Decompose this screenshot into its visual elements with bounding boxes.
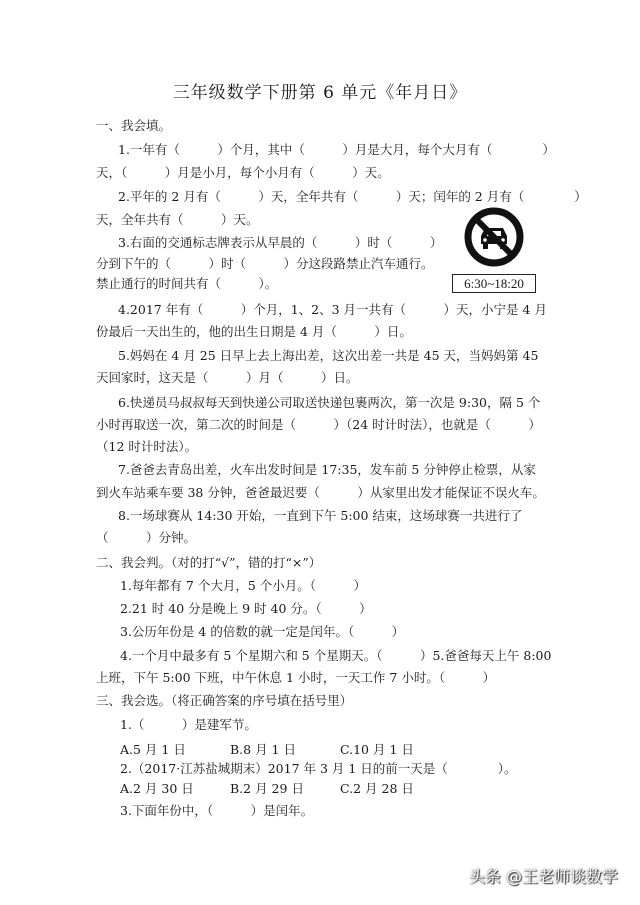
option-b: B.2 月 29 日 bbox=[230, 779, 340, 797]
question-line: 3.下面年份中，（ ）是闰年。 bbox=[120, 803, 544, 819]
question-line: 1.每年都有 7 个大月，5 个小月。（ ） bbox=[120, 578, 544, 594]
section-heading-fill: 一、我会填。 bbox=[96, 118, 544, 134]
option-c: C.2 月 28 日 bbox=[340, 779, 450, 797]
question-line: 2.（2017·江苏盐城期末）2017 年 3 月 1 日的前一天是（ ）。 bbox=[120, 761, 544, 777]
option-b: B.8 月 1 日 bbox=[230, 740, 340, 758]
question-line: 上班，下午 5:00 下班，中午休息 1 小时，一天工作 7 小时。（ ） bbox=[96, 670, 544, 686]
question-line: 4.一个月中最多有 5 个星期六和 5 个星期天。（ ）5.爸爸每天上午 8:0… bbox=[120, 648, 544, 664]
section-heading-choose: 三、我会选。（将正确答案的序号填在括号里） bbox=[96, 693, 544, 709]
no-cars-icon bbox=[463, 206, 525, 268]
question-line: 到火车站乘车要 38 分钟，爸爸最迟要（ ）从家里出发才能保证不误火车。 bbox=[96, 485, 544, 501]
traffic-sign: 6:30~18:20 bbox=[452, 206, 536, 293]
question-line: 3.公历年份是 4 的倍数的就一定是闰年。（ ） bbox=[120, 624, 544, 640]
question-line: 天，（ ）月是小月，每个小月有（ ）天。 bbox=[96, 165, 544, 181]
question-line: 2.21 时 40 分是晚上 9 时 40 分。（ ） bbox=[120, 601, 544, 617]
question-line: 份最后一天出生的，他的出生日期是 4 月（ ）日。 bbox=[96, 324, 544, 340]
watermark: 头条 @王老师谈数学 bbox=[469, 864, 618, 887]
options-row: A.5 月 1 日B.8 月 1 日C.10 月 1 日 bbox=[120, 740, 450, 758]
question-line: 1.（ ）是建军节。 bbox=[120, 717, 544, 733]
question-line: 2.平年的 2 月有（ ）天，全年共有（ ）天；闰年的 2 月有（ ） bbox=[118, 189, 544, 205]
question-line: 小时再取送一次，第二次的时间是（ ）（24 时计时法），也就是（ ） bbox=[96, 417, 544, 433]
section-heading-judge: 二、我会判。（对的打“√”，错的打“×”） bbox=[96, 555, 544, 571]
option-a: A.5 月 1 日 bbox=[120, 740, 230, 758]
question-line: 1.一年有（ ）个月，其中（ ）月是大月，每个大月有（ ） bbox=[118, 142, 544, 158]
question-line: （ ）分钟。 bbox=[96, 530, 544, 546]
option-c: C.10 月 1 日 bbox=[340, 740, 450, 758]
question-line: 5.妈妈在 4 月 25 日早上去上海出差，这次出差一共是 45 天，当妈妈第 … bbox=[118, 348, 544, 364]
option-a: A.2 月 30 日 bbox=[120, 779, 230, 797]
worksheet-page: 三年级数学下册第 6 单元《年月日》 一、我会填。 1.一年有（ ）个月，其中（… bbox=[0, 0, 640, 905]
question-line: 6.快递员马叔叔每天到快递公司取送快递包裹两次，第一次是 9:30，隔 5 个 bbox=[118, 395, 544, 411]
options-row: A.2 月 30 日B.2 月 29 日C.2 月 28 日 bbox=[120, 779, 450, 797]
question-line: （12 时计时法）。 bbox=[96, 439, 544, 455]
question-line: 7.爸爸去青岛出差，火车出发时间是 17:35，发车前 5 分钟停止检票，从家 bbox=[118, 462, 544, 478]
question-line: 8.一场球赛从 14:30 开始，一直到下午 5:00 结束，这场球赛一共进行了 bbox=[118, 508, 544, 524]
sign-time-range: 6:30~18:20 bbox=[452, 274, 536, 293]
question-line: 天回家时，这天是（ ）月（ ）日。 bbox=[96, 370, 544, 386]
page-title: 三年级数学下册第 6 单元《年月日》 bbox=[0, 78, 640, 103]
question-line: 4.2017 年有（ ）个月，1、2、3 月一共有（ ）天，小宁是 4 月 bbox=[118, 302, 544, 318]
